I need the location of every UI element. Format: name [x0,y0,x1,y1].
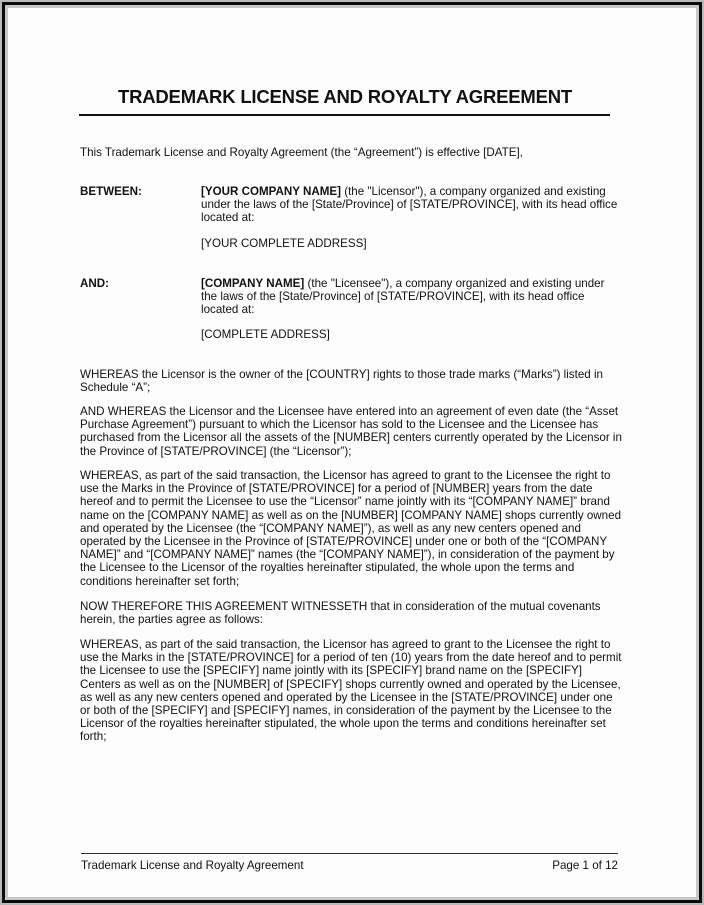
footer-divider [81,853,618,854]
recital-paragraph: WHEREAS, as part of the said transaction… [80,638,625,744]
title-divider [79,114,610,116]
footer-document-name: Trademark License and Royalty Agreement [81,859,304,872]
recital-paragraph: AND WHEREAS the Licensor and the License… [80,405,625,458]
party-licensor-details: [YOUR COMPANY NAME] (the "Licensor"), a … [201,185,621,225]
party-label-and: AND: [80,277,109,290]
witnesseth-paragraph: NOW THEREFORE THIS AGREEMENT WITNESSETH … [80,600,625,626]
intro-paragraph: This Trademark License and Royalty Agree… [80,146,625,159]
party-licensee-details: [COMPANY NAME] (the "Licensee"), a compa… [201,277,621,317]
party-label-between: BETWEEN: [80,185,142,198]
licensor-address: [YOUR COMPLETE ADDRESS] [201,237,621,250]
recital-paragraph: WHEREAS, as part of the said transaction… [80,469,625,588]
licensee-address: [COMPLETE ADDRESS] [201,328,621,341]
page-indicator: Page 1 of 12 [530,859,618,872]
licensee-name: [COMPANY NAME] [201,277,304,290]
licensor-name: [YOUR COMPANY NAME] [201,185,341,198]
document-title: TRADEMARK LICENSE AND ROYALTY AGREEMENT [0,86,697,108]
recital-paragraph: WHEREAS the Licensor is the owner of the… [80,368,625,394]
